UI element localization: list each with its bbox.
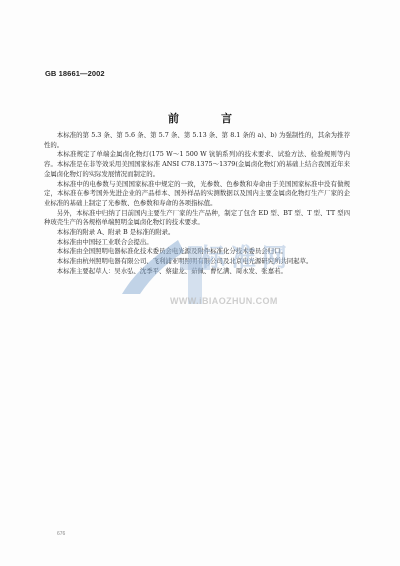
document-page: GB 18661—2002 前言 本标准的第 5.3 条、第 5.6 条、第 5… xyxy=(0,0,400,566)
foreword-body: 本标准的第 5.3 条、第 5.6 条、第 5.7 条、第 5.13 条、第 8… xyxy=(44,131,350,277)
page-title: 前言 xyxy=(0,110,400,126)
paragraph-parameters: 本标准中的电参数与美国国家标准中规定的一致，光参数、色参数和寿命由于美国国家标准… xyxy=(44,180,350,209)
watermark-url: WWW.iBIAOZHUN.COM xyxy=(170,296,278,306)
page-number: 676 xyxy=(57,531,65,537)
paragraph-bulb-types: 另外，本标准中归纳了目前国内主要生产厂家的生产品种，制定了包含 ED 型、BT … xyxy=(44,209,350,228)
title-char-2: 言 xyxy=(221,110,232,126)
paragraph-centralized-by: 本标准由全国照明电器标准化技术委员会电光源及附件标准化分技术委员会归口。 xyxy=(44,247,350,257)
paragraph-annexes: 本标准的附录 A、附录 B 是标准的附录。 xyxy=(44,228,350,238)
paragraph-proposed-by: 本标准由中国轻工业联合会提出。 xyxy=(44,238,350,248)
paragraph-drafters: 本标准主要起草人：吴水弘、沈季平、蔡建龙、茹佩、曹忆满、周永发、张嘉若。 xyxy=(44,267,350,277)
standard-number: GB 18661—2002 xyxy=(45,69,105,78)
paragraph-drafted-by: 本标准由杭州照明电器有限公司、飞利浦亚明照明有限公司及北京电光源研究所共同起草。 xyxy=(44,257,350,267)
paragraph-mandatory-clauses: 本标准的第 5.3 条、第 5.6 条、第 5.7 条、第 5.13 条、第 8… xyxy=(44,131,350,150)
title-char-1: 前 xyxy=(168,110,179,126)
paragraph-scope: 本标准规定了单端金属卤化物灯(175 W～1 500 W 钪钠系列)的技术要求、… xyxy=(44,150,350,179)
